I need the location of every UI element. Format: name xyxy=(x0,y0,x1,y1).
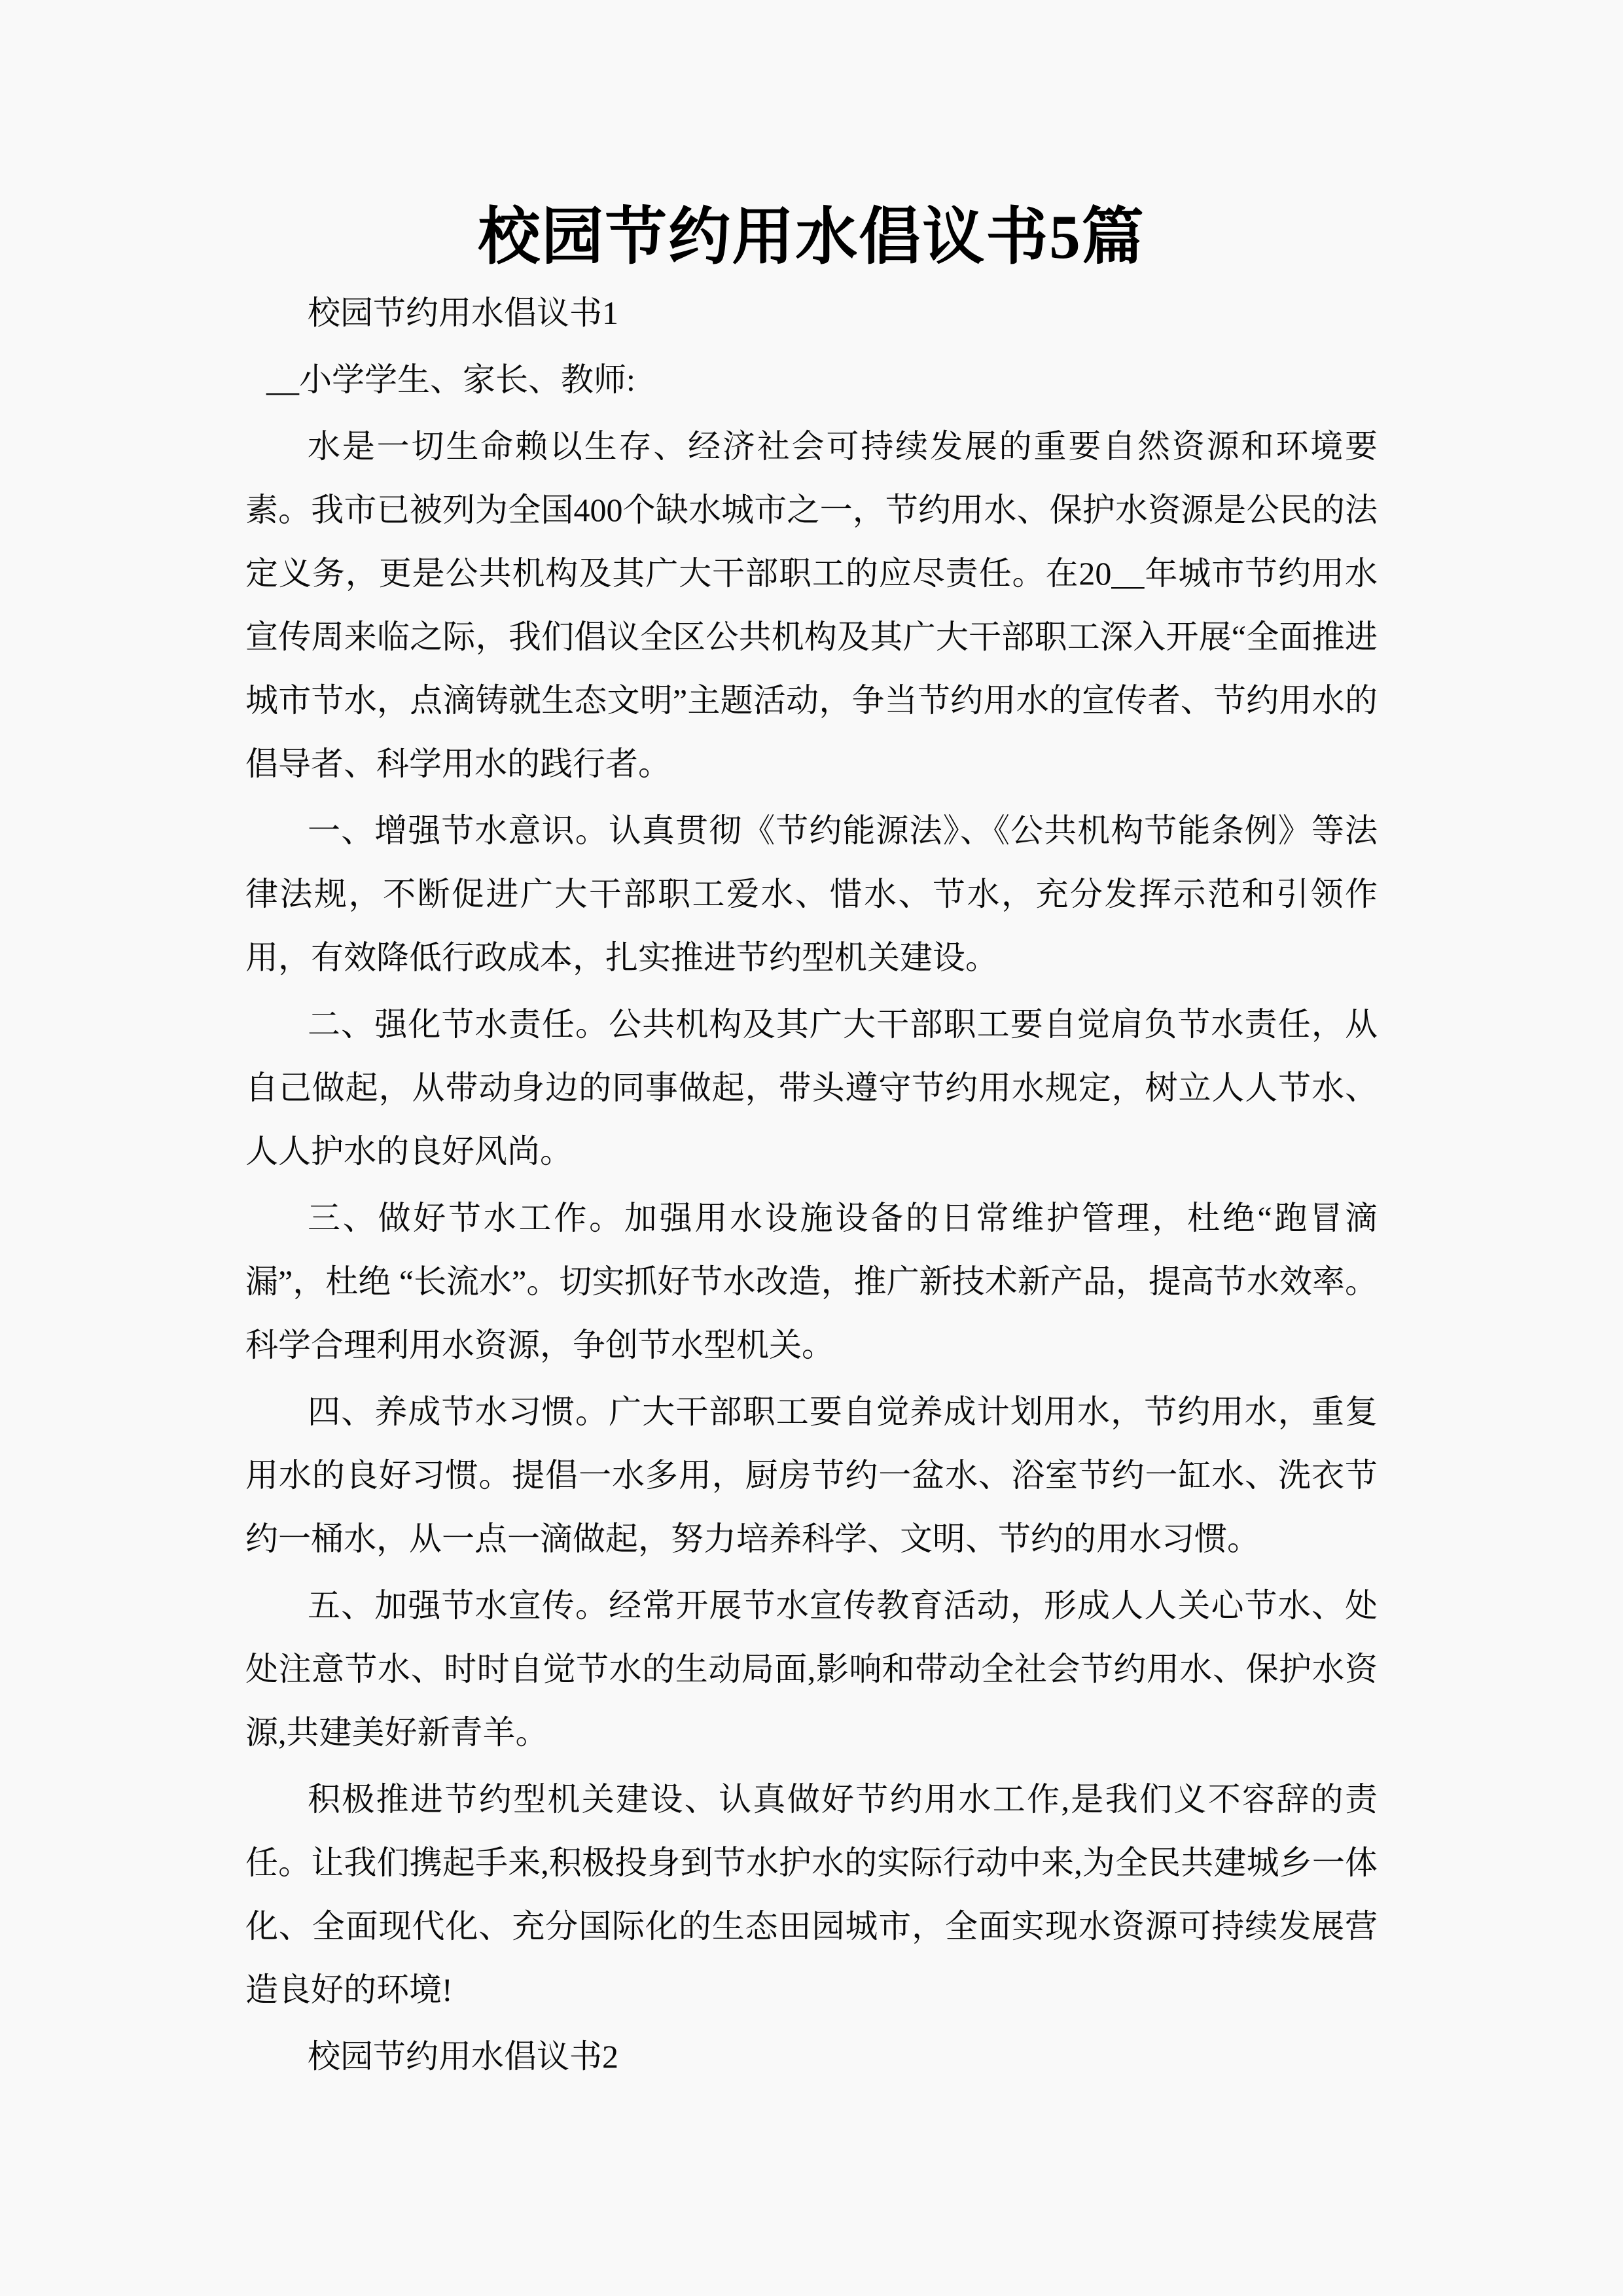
item-1-strengthen-awareness: 一、增强节水意识。认真贯彻《节约能源法》、《公共机构节能条例》等法律法规，不断促… xyxy=(245,799,1378,990)
document-page: 校园节约用水倡议书5篇 校园节约用水倡议书1__小学学生、家长、教师:水是一切生… xyxy=(0,0,1623,2296)
section-1-heading: 校园节约用水倡议书1 xyxy=(245,281,1378,345)
item-2-strengthen-responsibility: 二、强化节水责任。公共机构及其广大干部职工要自觉肩负节水责任，从自己做起，从带动… xyxy=(245,993,1378,1183)
document-title: 校园节约用水倡议书5篇 xyxy=(245,196,1378,278)
salutation: __小学学生、家长、教师: xyxy=(245,348,1378,412)
item-5-water-saving-publicity: 五、加强节水宣传。经常开展节水宣传教育活动，形成人人关心节水、处处注意节水、时时… xyxy=(245,1574,1378,1765)
intro-paragraph: 水是一切生命赖以生存、经济社会可持续发展的重要自然资源和环境要素。我市已被列为全… xyxy=(245,415,1378,796)
item-3-water-saving-work: 三、做好节水工作。加强用水设施设备的日常维护管理，杜绝“跑冒滴漏”，杜绝 “长流… xyxy=(245,1187,1378,1377)
document-body: 校园节约用水倡议书1__小学学生、家长、教师:水是一切生命赖以生存、经济社会可持… xyxy=(245,281,1378,2089)
closing-paragraph: 积极推进节约型机关建设、认真做好节约用水工作,是我们义不容辞的责任。让我们携起手… xyxy=(245,1768,1378,2022)
section-2-heading: 校园节约用水倡议书2 xyxy=(245,2025,1378,2089)
item-4-water-saving-habit: 四、养成节水习惯。广大干部职工要自觉养成计划用水，节约用水，重复用水的良好习惯。… xyxy=(245,1380,1378,1571)
